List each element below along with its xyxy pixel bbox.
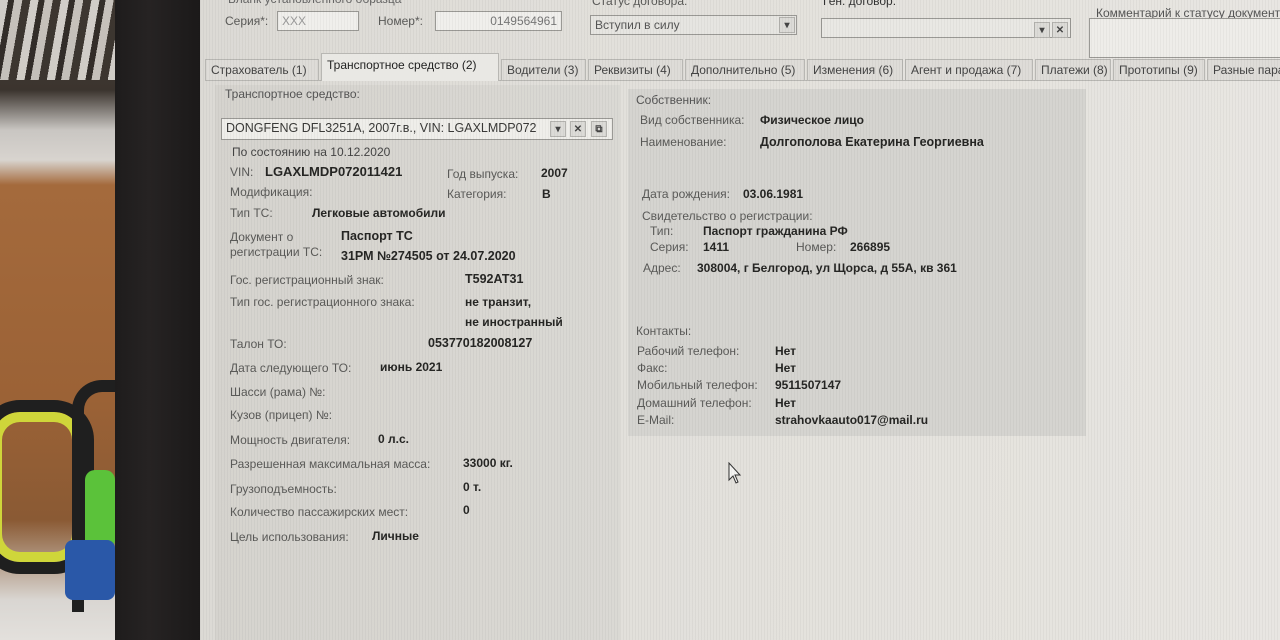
contract-status-select[interactable]: Вступил в силу bbox=[590, 15, 797, 35]
plate-type-value-2: не иностранный bbox=[465, 315, 563, 329]
cert-type-label: Тип: bbox=[650, 224, 673, 238]
monitor-bezel bbox=[115, 0, 200, 640]
vin-value: LGAXLMDP072011421 bbox=[265, 164, 402, 179]
tab-bar: Страхователь (1) Транспортное средство (… bbox=[205, 53, 1280, 81]
owner-name-value: Долгополова Екатерина Георгиевна bbox=[760, 135, 984, 149]
category-label: Категория: bbox=[447, 187, 506, 201]
comment-textarea[interactable] bbox=[1089, 18, 1280, 58]
number-input[interactable]: 0149564961 bbox=[435, 11, 562, 31]
power-value: 0 л.с. bbox=[378, 432, 409, 446]
address-label: Адрес: bbox=[643, 261, 681, 275]
reg-doc-value-1: Паспорт ТС bbox=[341, 229, 413, 243]
owner-section-label: Собственник: bbox=[636, 93, 711, 107]
reg-doc-label-1: Документ о bbox=[230, 230, 293, 244]
next-inspection-label: Дата следующего ТО: bbox=[230, 361, 351, 375]
vehicle-type-label: Тип ТС: bbox=[230, 206, 273, 220]
vehicle-section-label: Транспортное средство: bbox=[225, 87, 360, 101]
owner-kind-value: Физическое лицо bbox=[760, 113, 864, 127]
home-phone-label: Домашний телефон: bbox=[637, 396, 752, 410]
tab-payments[interactable]: Платежи (8) bbox=[1035, 59, 1111, 81]
bookshelf bbox=[0, 0, 115, 80]
vin-label: VIN: bbox=[230, 165, 253, 179]
green-object bbox=[85, 470, 115, 550]
chassis-label: Шасси (рама) №: bbox=[230, 385, 326, 399]
seats-value: 0 bbox=[463, 503, 470, 517]
email-value[interactable]: strahovkaauto017@mail.ru bbox=[775, 413, 928, 427]
plate-label: Гос. регистрационный знак: bbox=[230, 273, 384, 287]
blue-object bbox=[65, 540, 115, 600]
seats-label: Количество пассажирских мест: bbox=[230, 505, 408, 519]
mouse-cursor-icon bbox=[728, 462, 744, 486]
reg-doc-label-2: регистрации ТС: bbox=[230, 245, 322, 259]
general-contract-clear-icon[interactable]: ✕ bbox=[1052, 22, 1068, 38]
plate-value: Т592АТ31 bbox=[465, 272, 523, 286]
reg-doc-value-2: 31РМ №274505 от 24.07.2020 bbox=[341, 249, 516, 263]
inspection-label: Талон ТО: bbox=[230, 337, 287, 351]
email-label: E-Mail: bbox=[637, 413, 674, 427]
address-value: 308004, г Белгород, ул Щорса, д 55А, кв … bbox=[697, 261, 957, 275]
max-mass-value: 33000 кг. bbox=[463, 456, 513, 470]
tab-insurer[interactable]: Страхователь (1) bbox=[205, 59, 319, 81]
year-label: Год выпуска: bbox=[447, 167, 518, 181]
series-label: Серия*: bbox=[225, 14, 268, 28]
contract-status-dropdown-icon[interactable]: ▾ bbox=[779, 17, 795, 33]
cert-number-label: Номер: bbox=[796, 240, 836, 254]
mobile-value: 9511507147 bbox=[775, 378, 841, 392]
tab-prototypes[interactable]: Прототипы (9) bbox=[1113, 59, 1205, 81]
app-window: Бланк установленного образца Серия*: XXX… bbox=[200, 0, 1280, 640]
birth-date-value: 03.06.1981 bbox=[743, 187, 803, 201]
work-phone-value: Нет bbox=[775, 344, 796, 358]
tab-misc-params[interactable]: Разные пара bbox=[1207, 59, 1280, 81]
cert-series-label: Серия: bbox=[650, 240, 689, 254]
cert-type-value: Паспорт гражданина РФ bbox=[703, 224, 848, 238]
capacity-label: Грузоподъемность: bbox=[230, 482, 337, 496]
owner-kind-label: Вид собственника: bbox=[640, 113, 744, 127]
tab-changes[interactable]: Изменения (6) bbox=[807, 59, 903, 81]
tab-drivers[interactable]: Водители (3) bbox=[501, 59, 586, 81]
mobile-label: Мобильный телефон: bbox=[637, 378, 758, 392]
blank-group-label: Бланк установленного образца bbox=[228, 0, 401, 6]
number-label: Номер*: bbox=[378, 14, 423, 28]
vehicle-open-icon[interactable]: ⧉ bbox=[591, 121, 607, 137]
home-phone-value: Нет bbox=[775, 396, 796, 410]
photo-background-room bbox=[0, 0, 115, 640]
vehicle-type-value: Легковые автомобили bbox=[312, 206, 446, 220]
contract-status-label: Статус договора: bbox=[592, 0, 687, 8]
contract-status-value: Вступил в силу bbox=[595, 18, 680, 32]
general-contract-dropdown-icon[interactable]: ▾ bbox=[1034, 22, 1050, 38]
inspection-value: 053770182008127 bbox=[428, 336, 532, 350]
owner-name-label: Наименование: bbox=[640, 135, 727, 149]
fax-value: Нет bbox=[775, 361, 796, 375]
tab-vehicle[interactable]: Транспортное средство (2) bbox=[321, 53, 499, 81]
max-mass-label: Разрешенная максимальная масса: bbox=[230, 457, 430, 471]
cert-number-value: 266895 bbox=[850, 240, 890, 254]
plate-type-label: Тип гос. регистрационного знака: bbox=[230, 295, 415, 309]
year-value: 2007 bbox=[541, 166, 568, 180]
work-phone-label: Рабочий телефон: bbox=[637, 344, 739, 358]
tab-additional[interactable]: Дополнительно (5) bbox=[685, 59, 805, 81]
as-of-date: По состоянию на 10.12.2020 bbox=[232, 145, 390, 159]
vehicle-dropdown-icon[interactable]: ▾ bbox=[550, 121, 566, 137]
vehicle-selector-value: DONGFENG DFL3251A, 2007г.в., VIN: LGAXLM… bbox=[226, 121, 537, 135]
birth-date-label: Дата рождения: bbox=[642, 187, 730, 201]
plate-type-value-1: не транзит, bbox=[465, 295, 531, 309]
category-value: B bbox=[542, 187, 551, 201]
modification-label: Модификация: bbox=[230, 185, 312, 199]
body-label: Кузов (прицеп) №: bbox=[230, 408, 332, 422]
tab-agent-sale[interactable]: Агент и продажа (7) bbox=[905, 59, 1033, 81]
next-inspection-value: июнь 2021 bbox=[380, 360, 442, 374]
general-contract-label: Ген. договор: bbox=[823, 0, 896, 8]
tab-requisites[interactable]: Реквизиты (4) bbox=[588, 59, 683, 81]
capacity-value: 0 т. bbox=[463, 480, 481, 494]
cert-label: Свидетельство о регистрации: bbox=[642, 209, 813, 223]
contacts-label: Контакты: bbox=[636, 324, 691, 338]
purpose-value: Личные bbox=[372, 529, 419, 543]
vehicle-clear-icon[interactable]: ✕ bbox=[570, 121, 586, 137]
power-label: Мощность двигателя: bbox=[230, 433, 350, 447]
fax-label: Факс: bbox=[637, 361, 668, 375]
cert-series-value: 1411 bbox=[703, 240, 729, 254]
purpose-label: Цель использования: bbox=[230, 530, 349, 544]
series-input[interactable]: XXX bbox=[277, 11, 359, 31]
